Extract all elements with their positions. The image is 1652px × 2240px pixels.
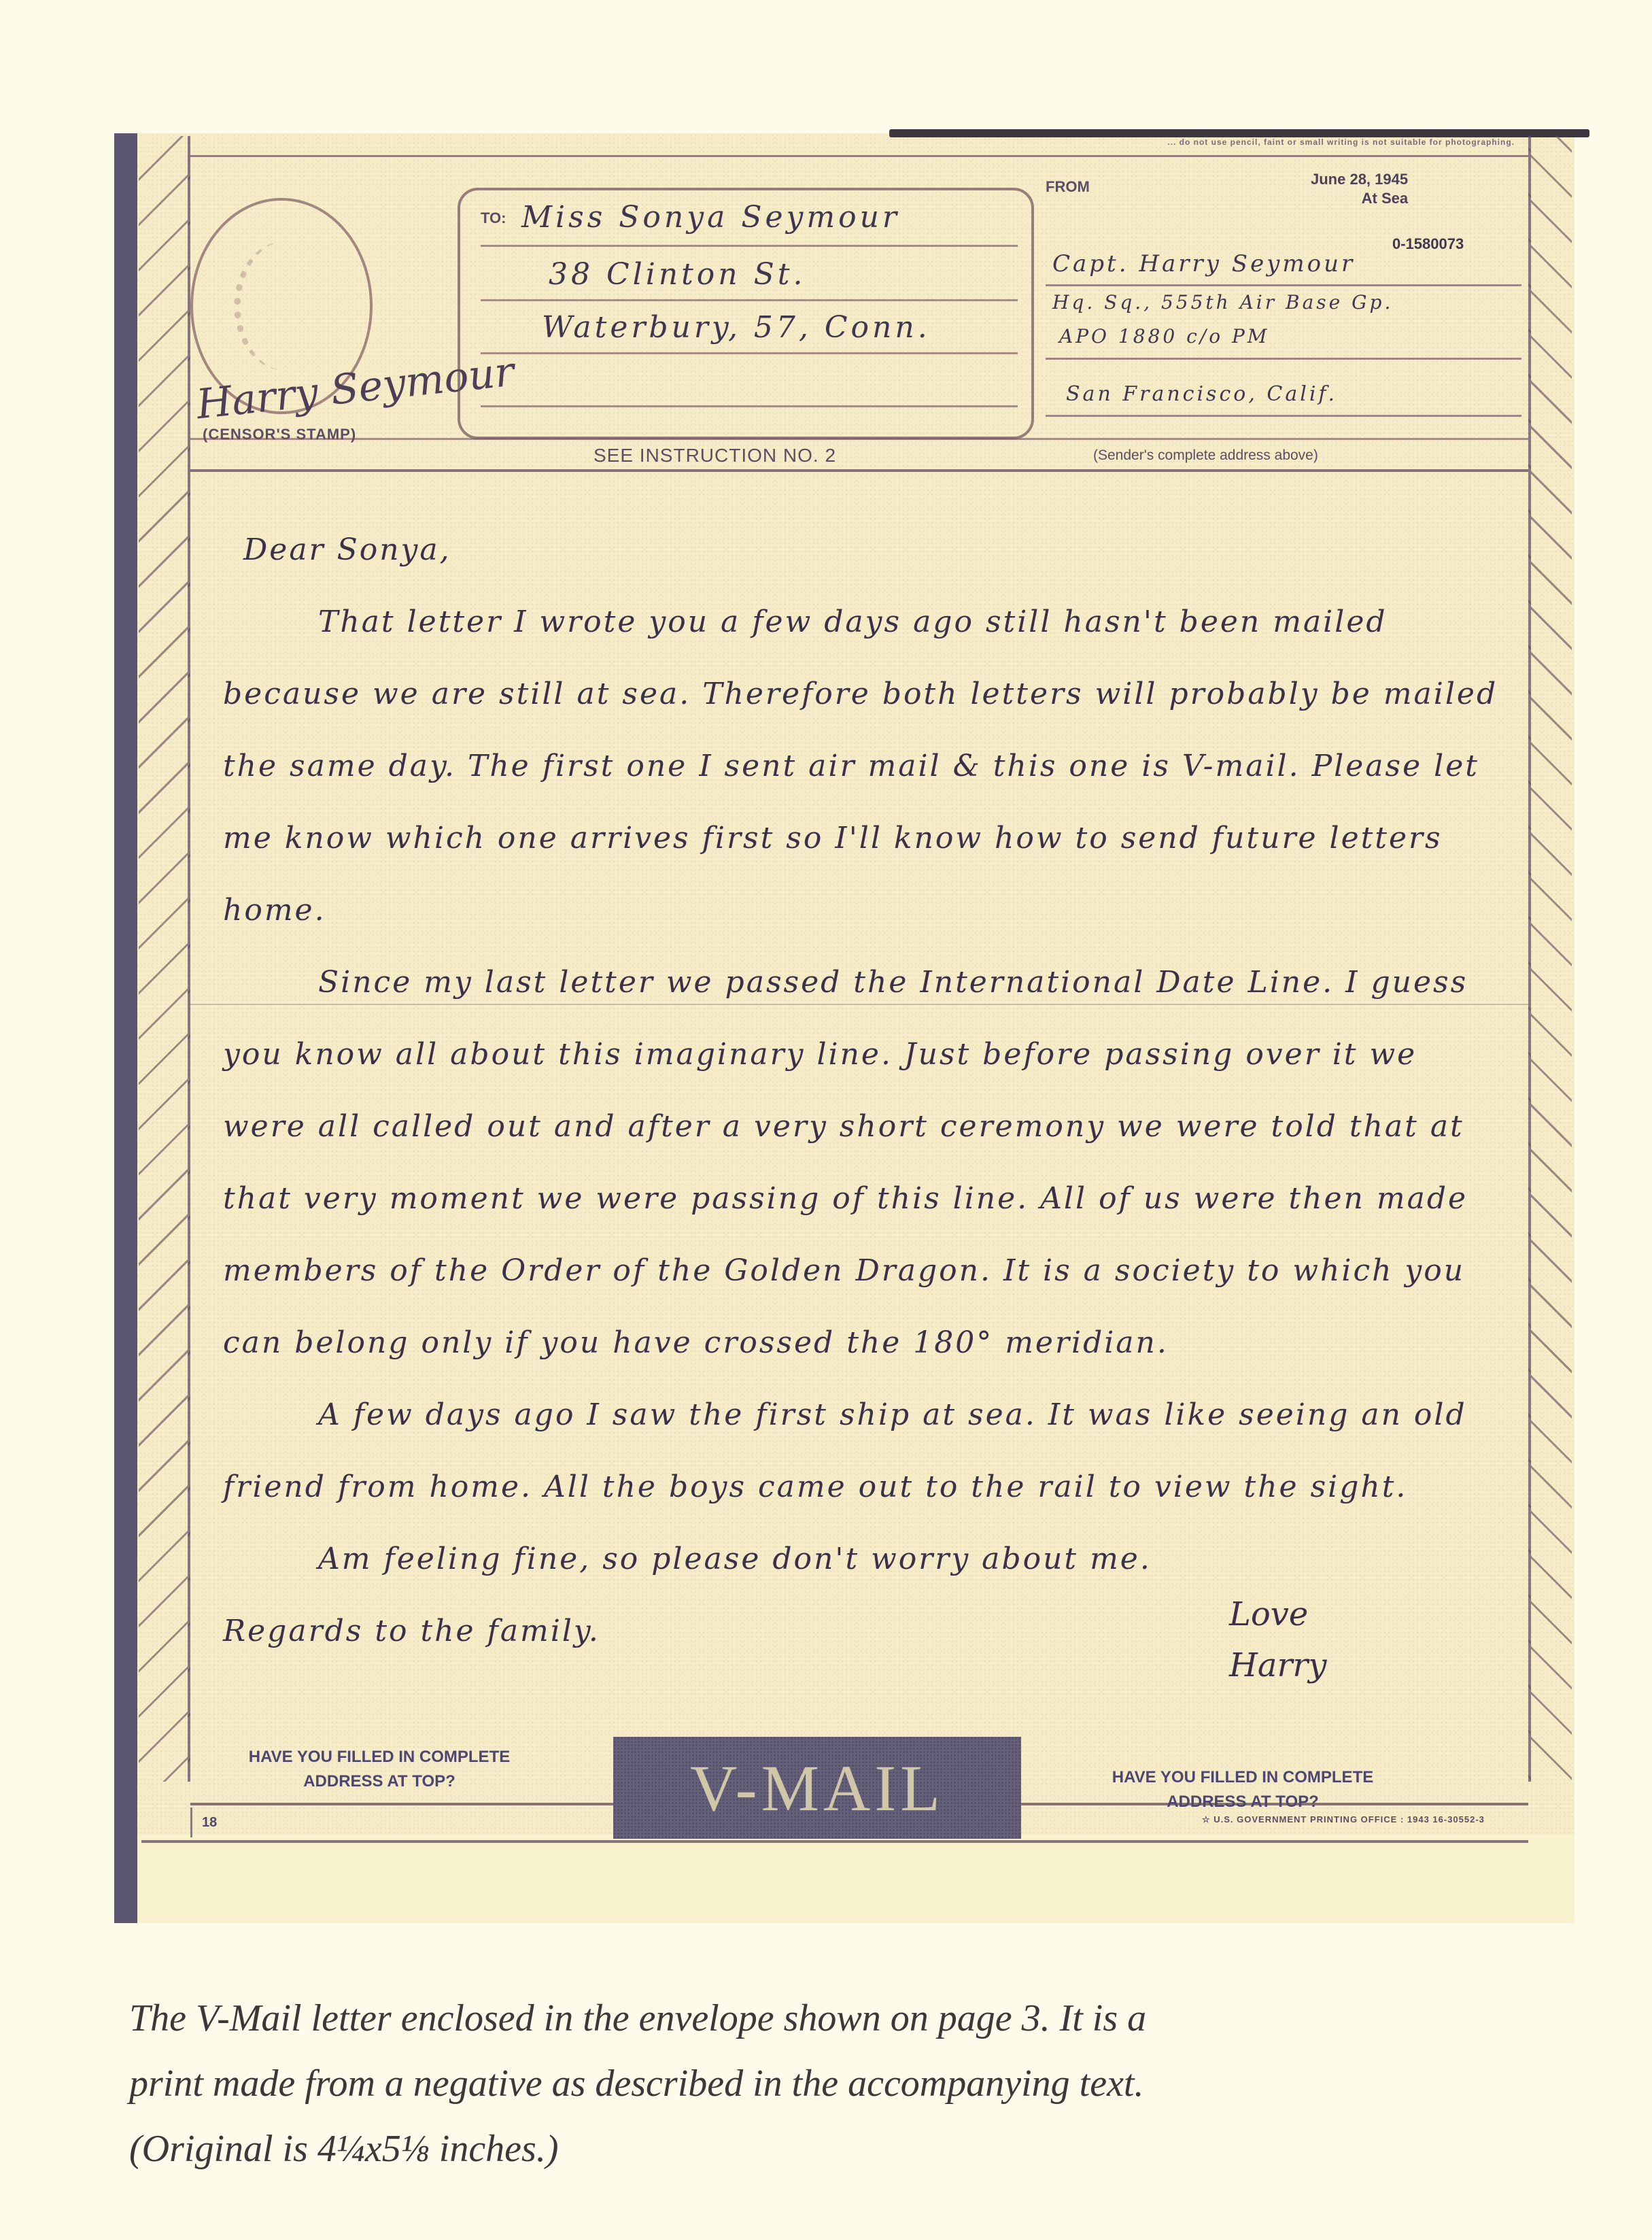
address-line	[481, 352, 1018, 354]
footer-rule	[141, 1840, 1528, 1843]
address-line	[481, 299, 1018, 301]
reminder-line: HAVE YOU FILLED IN COMPLETE	[203, 1745, 556, 1769]
reminder-line: HAVE YOU FILLED IN COMPLETE	[1066, 1765, 1419, 1790]
sender-apo: APO 1880 c/o PM	[1059, 325, 1269, 347]
letter-paragraph: That letter I wrote you a few days ago s…	[223, 586, 1508, 947]
sender-city: San Francisco, Calif.	[1066, 382, 1337, 406]
address-line	[1046, 415, 1521, 417]
recipient-street: 38 Clinton St.	[549, 257, 806, 292]
vmail-photograph: ... do not use pencil, faint or small wr…	[114, 133, 1574, 1923]
closing: Love	[1229, 1595, 1308, 1633]
footer-reminder-right: HAVE YOU FILLED IN COMPLETE ADDRESS AT T…	[1066, 1765, 1419, 1814]
letter-paragraph: A few days ago I saw the first ship at s…	[223, 1379, 1508, 1523]
printing-office-note: ☆ U.S. GOVERNMENT PRINTING OFFICE : 1943…	[1202, 1814, 1485, 1825]
sender-address-note: (Sender's complete address above)	[1093, 447, 1318, 464]
salutation: Dear Sonya,	[243, 514, 1508, 586]
footer-reminder-left: HAVE YOU FILLED IN COMPLETE ADDRESS AT T…	[203, 1745, 556, 1794]
see-instruction-label: SEE INSTRUCTION NO. 2	[593, 445, 836, 466]
address-line	[1046, 358, 1521, 360]
figure-caption: The V-Mail letter enclosed in the envelo…	[129, 1986, 1557, 2182]
vmail-label: V-MAIL	[690, 1750, 944, 1826]
right-hatched-border	[1528, 136, 1572, 1782]
recipient-name: Miss Sonya Seymour	[521, 200, 900, 235]
caption-line: The V-Mail letter enclosed in the envelo…	[129, 1986, 1557, 2051]
letter-paragraph: Since my last letter we passed the Inter…	[223, 947, 1508, 1379]
caption-line: print made from a negative as described …	[129, 2051, 1557, 2116]
from-label: FROM	[1046, 178, 1090, 196]
recipient-city: Waterbury, 57, Conn.	[542, 310, 931, 345]
vmail-label-box: V-MAIL	[613, 1737, 1021, 1839]
sender-name: Capt. Harry Seymour	[1052, 250, 1355, 277]
sender-unit: Hq. Sq., 555th Air Base Gp.	[1052, 291, 1393, 313]
letter-date: June 28, 1945 At Sea	[1311, 170, 1408, 208]
photo-top-edge	[889, 129, 1589, 137]
stamp-inner-mark	[234, 241, 336, 371]
signature: Harry	[1229, 1646, 1326, 1684]
address-line	[1046, 284, 1521, 286]
header-rule	[190, 438, 1528, 440]
page-number: 18	[190, 1808, 229, 1837]
film-edge-bar	[114, 133, 137, 1923]
censor-stamp-label: (CENSOR'S STAMP)	[203, 426, 356, 443]
header-rule	[190, 469, 1528, 472]
letter-body: Dear Sonya, That letter I wrote you a fe…	[223, 514, 1508, 1667]
photo-margin	[114, 1835, 1574, 1923]
left-hatched-border	[139, 136, 190, 1782]
letter-paragraph: Am feeling fine, so please don't worry a…	[223, 1523, 1508, 1595]
reminder-line: ADDRESS AT TOP?	[203, 1769, 556, 1794]
address-line	[481, 405, 1018, 407]
form-top-rule	[190, 155, 1528, 157]
location-line: At Sea	[1311, 189, 1408, 208]
top-instructions: ... do not use pencil, faint or small wr…	[495, 137, 1515, 147]
recipient-address-box: TO: Miss Sonya Seymour 38 Clinton St. Wa…	[458, 188, 1034, 439]
caption-line: (Original is 4¼x5⅛ inches.)	[129, 2116, 1557, 2182]
date-line: June 28, 1945	[1311, 170, 1408, 189]
address-line	[481, 245, 1018, 247]
serial-number: 0-1580073	[1392, 235, 1464, 253]
to-label: TO:	[481, 209, 506, 227]
reminder-line: ADDRESS AT TOP?	[1066, 1790, 1419, 1814]
